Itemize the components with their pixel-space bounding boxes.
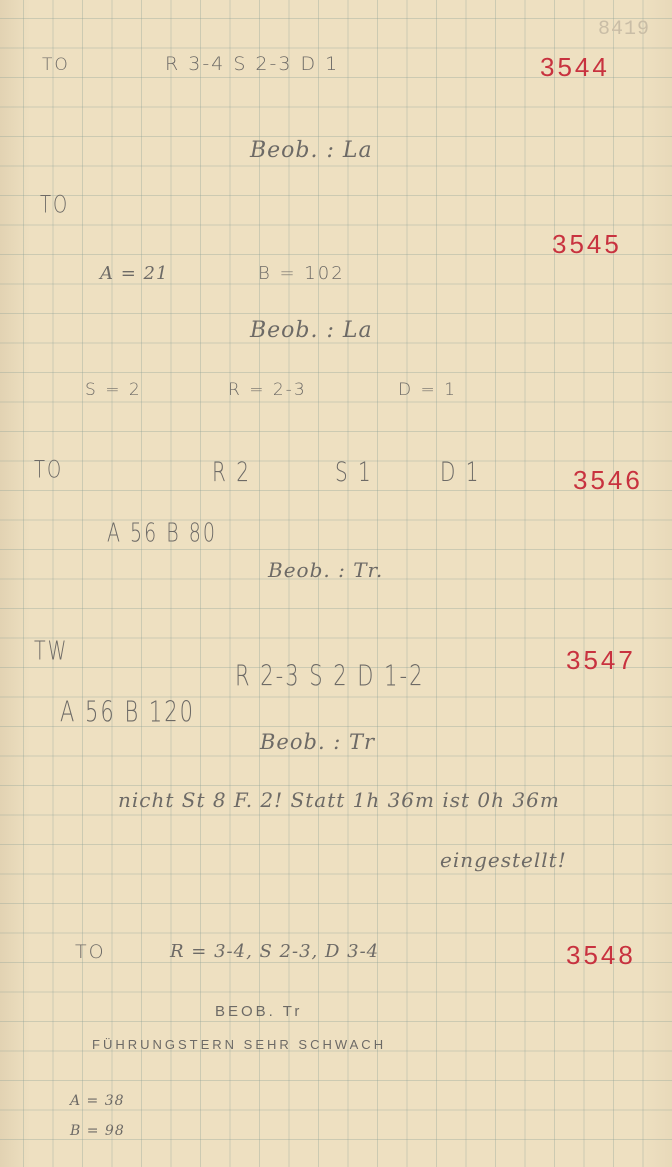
value-ab: A 56 B 80 [107, 521, 217, 547]
entry-type: TW [34, 639, 68, 665]
remark-line-1: nicht St 8 F. 2! Statt 1h 36m ist 0h 36m [118, 790, 560, 810]
entry-number: 3548 [566, 940, 636, 971]
entry-params: R 3-4 S 2-3 D 1 [165, 55, 339, 74]
remark: FÜHRUNGSTERN SEHR SCHWACH [92, 1038, 386, 1051]
archive-stamp-number: 8419 [598, 18, 650, 41]
value-s: S = 2 [85, 382, 142, 399]
entry-number: 3547 [566, 645, 636, 676]
value-d: D = 1 [398, 382, 457, 399]
value-a: A = 38 [70, 1094, 125, 1108]
value-b: B = 98 [70, 1124, 125, 1138]
observer-label: Beob. : La [250, 140, 373, 162]
value-ab: A 56 B 120 [60, 699, 195, 727]
observer-label: Beob. : Tr. [268, 560, 383, 580]
entry-type: TO [75, 943, 106, 962]
entry-number: 3544 [540, 52, 610, 83]
observer-label: BEOB. Tr [215, 1004, 302, 1019]
entry-params: R 2-3 S 2 D 1-2 [235, 663, 424, 691]
value-s: S 1 [335, 458, 373, 485]
entry-type: TO [42, 57, 70, 74]
entry-number: 3545 [552, 229, 622, 260]
remark-line-2: eingestellt! [440, 850, 567, 870]
entry-type: TO [34, 459, 63, 483]
entry-number: 3546 [573, 465, 643, 496]
value-r: R 2 [212, 458, 251, 485]
observer-label: Beob. : La [250, 320, 373, 342]
value-d: D 1 [440, 458, 480, 485]
value-r: R = 2-3 [228, 382, 307, 399]
value-a: A = 21 [100, 265, 168, 283]
value-b: B = 102 [258, 265, 345, 283]
entry-params: R = 3-4, S 2-3, D 3-4 [170, 943, 379, 961]
entry-type: TO [40, 194, 69, 218]
observer-label: Beob. : Tr [260, 732, 375, 753]
